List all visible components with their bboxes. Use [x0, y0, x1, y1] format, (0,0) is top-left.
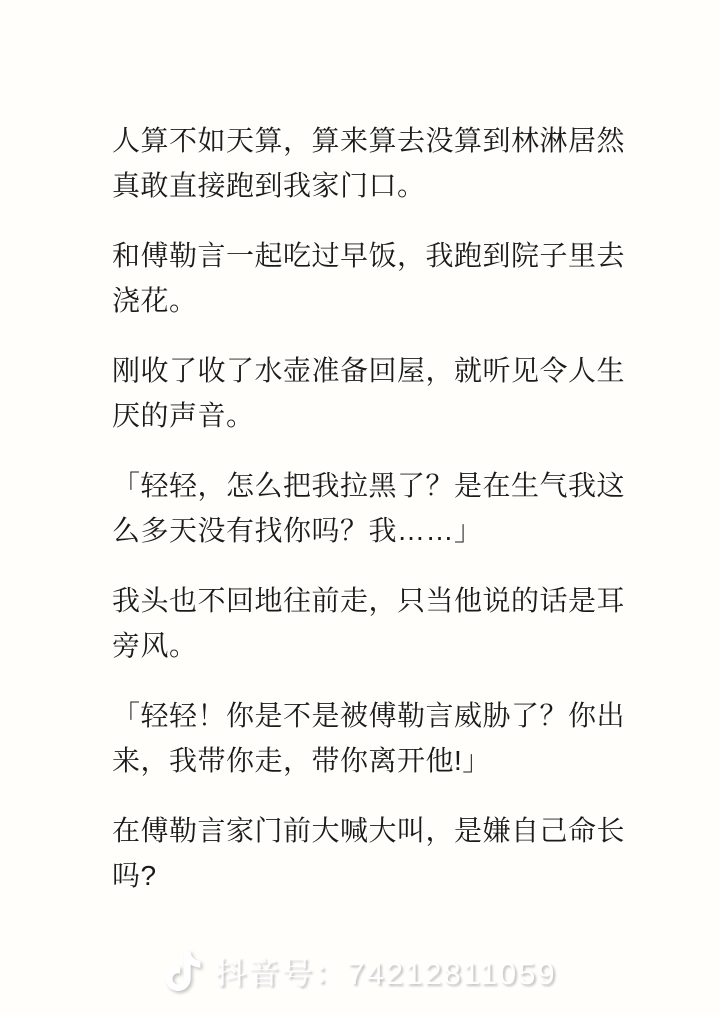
- paragraph: 「轻轻，怎么把我拉黑了？是在生气我这 么多天没有找你吗？我……」: [112, 463, 652, 553]
- paragraph-line: 「轻轻，怎么把我拉黑了？是在生气我这: [112, 463, 652, 508]
- paragraph-line: 刚收了收了水壶准备回屋，就听见令人生: [112, 348, 652, 393]
- paragraph-line: 在傅勒言家门前大喊大叫，是嫌自己命长: [112, 808, 652, 853]
- paragraph: 刚收了收了水壶准备回屋，就听见令人生 厌的声音。: [112, 348, 652, 438]
- story-page: 人算不如天算，算来算去没算到林淋居然 真敢直接跑到我家门口。 和傅勒言一起吃过早…: [0, 0, 720, 1015]
- paragraph-line: 来，我带你走，带你离开他!」: [112, 738, 652, 783]
- paragraph-line: 旁风。: [112, 623, 652, 668]
- paragraph: 和傅勒言一起吃过早饭，我跑到院子里去 浇花。: [112, 233, 652, 323]
- paragraph: 在傅勒言家门前大喊大叫，是嫌自己命长 吗?: [112, 808, 652, 898]
- paragraph-line: 吗?: [112, 853, 652, 898]
- paragraph-line: 「轻轻！你是不是被傅勒言威胁了？你出: [112, 693, 652, 738]
- paragraph-line: 和傅勒言一起吃过早饭，我跑到院子里去: [112, 233, 652, 278]
- paragraph: 人算不如天算，算来算去没算到林淋居然 真敢直接跑到我家门口。: [112, 118, 652, 208]
- douyin-note-icon: [163, 949, 203, 993]
- story-text: 人算不如天算，算来算去没算到林淋居然 真敢直接跑到我家门口。 和傅勒言一起吃过早…: [112, 118, 652, 923]
- paragraph: 「轻轻！你是不是被傅勒言威胁了？你出 来，我带你走，带你离开他!」: [112, 693, 652, 783]
- paragraph: 我头也不回地往前走，只当他说的话是耳 旁风。: [112, 578, 652, 668]
- paragraph-line: 么多天没有找你吗？我……」: [112, 508, 652, 553]
- paragraph-line: 厌的声音。: [112, 393, 652, 438]
- paragraph-line: 人算不如天算，算来算去没算到林淋居然: [112, 118, 652, 163]
- douyin-watermark: 抖音号：74212811059: [0, 948, 720, 993]
- paragraph-line: 我头也不回地往前走，只当他说的话是耳: [112, 578, 652, 623]
- paragraph-line: 真敢直接跑到我家门口。: [112, 163, 652, 208]
- paragraph-line: 浇花。: [112, 278, 652, 323]
- douyin-id-label: 抖音号：74212811059: [215, 948, 556, 993]
